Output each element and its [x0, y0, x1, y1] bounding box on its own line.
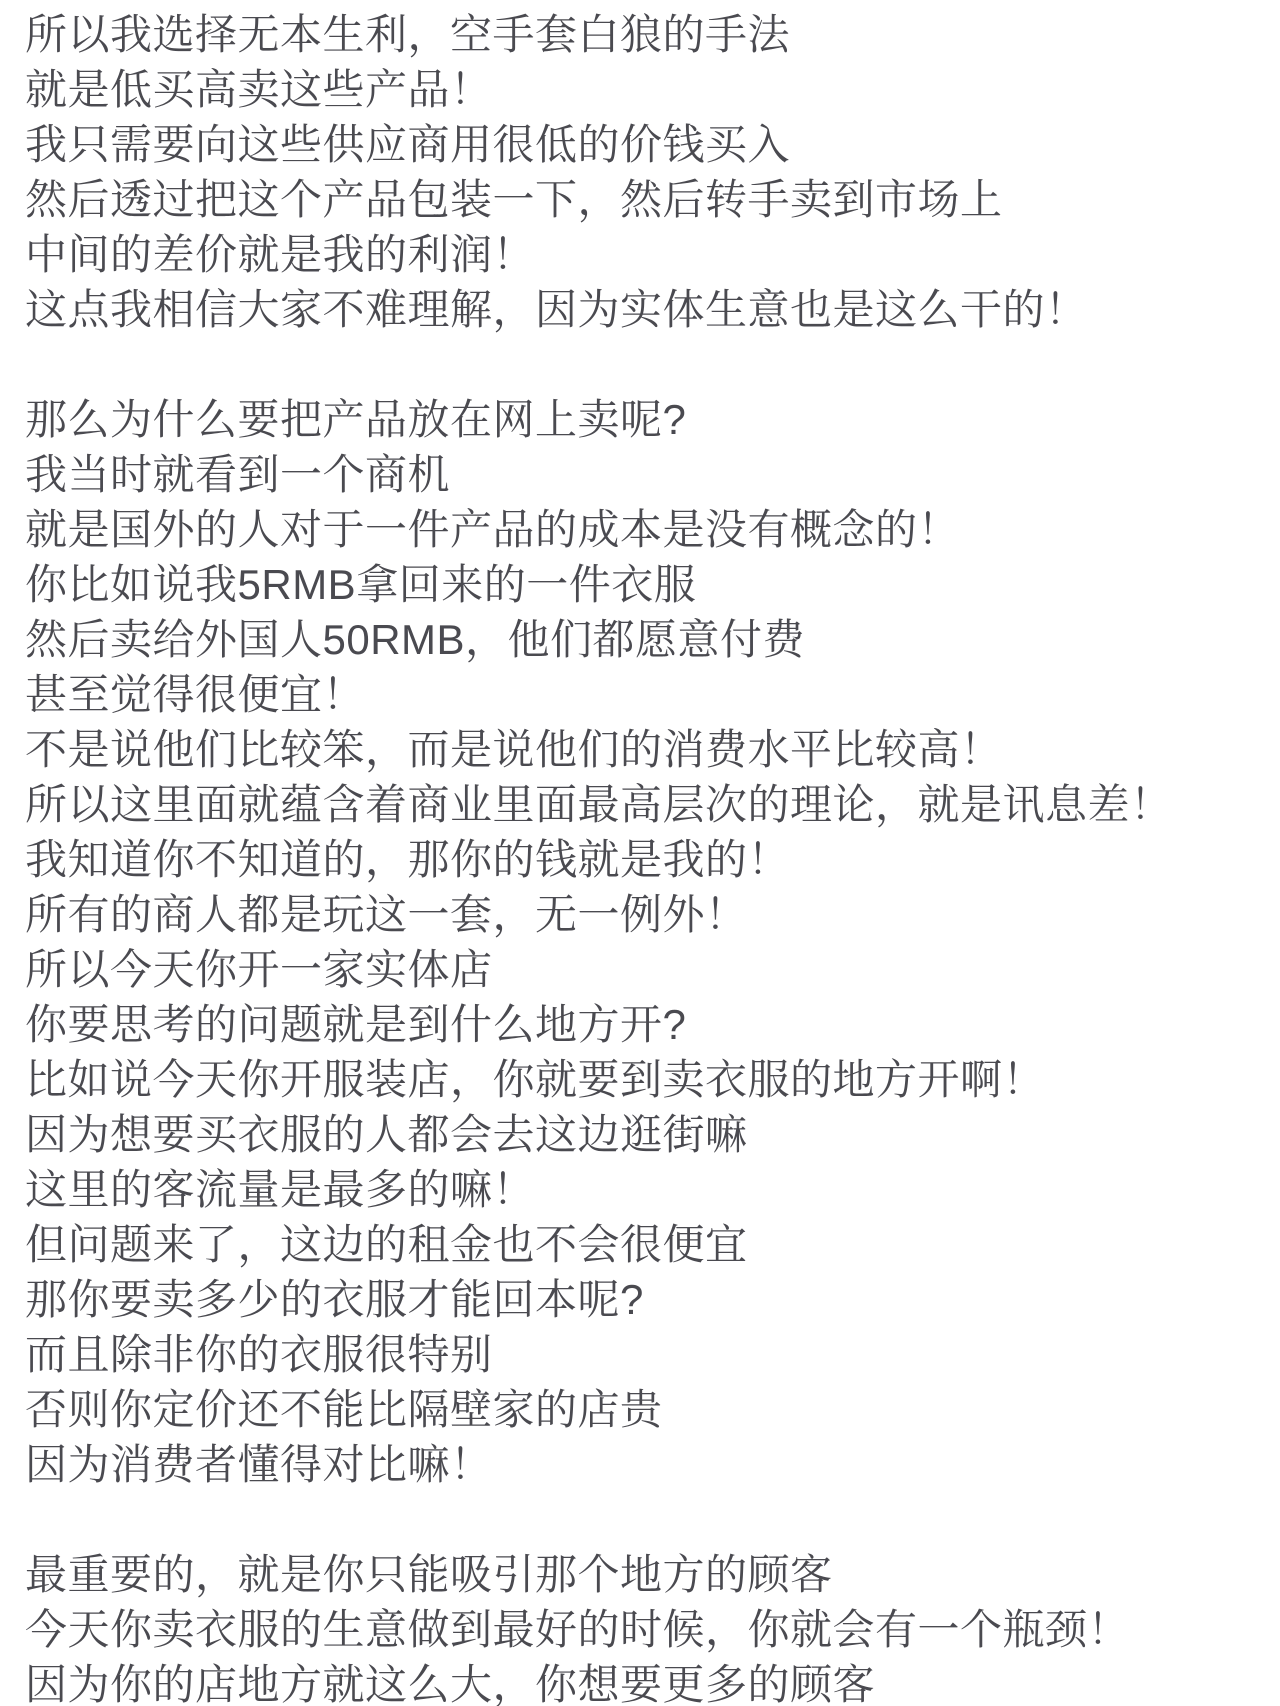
text-line: 就是国外的人对于一件产品的成本是没有概念的！: [25, 502, 1272, 557]
text-line: 不是说他们比较笨，而是说他们的消费水平比较高！: [25, 722, 1272, 777]
text-line: 最重要的，就是你只能吸引那个地方的顾客: [25, 1547, 1272, 1602]
text-line: 你比如说我5RMB拿回来的一件衣服: [25, 557, 1272, 612]
text-line: 那么为什么要把产品放在网上卖呢?: [25, 392, 1272, 447]
text-line: 今天你卖衣服的生意做到最好的时候，你就会有一个瓶颈！: [25, 1602, 1272, 1657]
text-line: 所有的商人都是玩这一套，无一例外！: [25, 887, 1272, 942]
text-line: 因为消费者懂得对比嘛！: [25, 1437, 1272, 1492]
text-line: 我当时就看到一个商机: [25, 447, 1272, 502]
text-line: 那你要卖多少的衣服才能回本呢?: [25, 1272, 1272, 1327]
text-line: 然后透过把这个产品包装一下，然后转手卖到市场上: [25, 172, 1272, 227]
text-line: 因为你的店地方就这么大，你想要更多的顾客: [25, 1657, 1272, 1706]
text-line: 但问题来了，这边的租金也不会很便宜: [25, 1217, 1272, 1272]
text-line: 然后卖给外国人50RMB，他们都愿意付费: [25, 612, 1272, 667]
text-line: 因为想要买衣服的人都会去这边逛街嘛: [25, 1107, 1272, 1162]
blank-line: [25, 337, 1272, 392]
text-line: 这点我相信大家不难理解，因为实体生意也是这么干的！: [25, 282, 1272, 337]
text-line: 而且除非你的衣服很特别: [25, 1327, 1272, 1382]
text-line: 所以我选择无本生利，空手套白狼的手法: [25, 7, 1272, 62]
text-line: 我只需要向这些供应商用很低的价钱买入: [25, 117, 1272, 172]
text-line: 你要思考的问题就是到什么地方开?: [25, 997, 1272, 1052]
text-line: 甚至觉得很便宜！: [25, 667, 1272, 722]
text-line: 否则你定价还不能比隔壁家的店贵: [25, 1382, 1272, 1437]
text-line: 比如说今天你开服装店，你就要到卖衣服的地方开啊！: [25, 1052, 1272, 1107]
text-line: 所以今天你开一家实体店: [25, 942, 1272, 997]
text-line: 我知道你不知道的，那你的钱就是我的！: [25, 832, 1272, 887]
text-line: 中间的差价就是我的利润！: [25, 227, 1272, 282]
text-line: 就是低买高卖这些产品！: [25, 62, 1272, 117]
blank-line: [25, 1492, 1272, 1547]
text-line: 所以这里面就蕴含着商业里面最高层次的理论，就是讯息差！: [25, 777, 1272, 832]
text-line: 这里的客流量是最多的嘛！: [25, 1162, 1272, 1217]
transcript-text: 所以我选择无本生利，空手套白狼的手法 就是低买高卖这些产品！ 我只需要向这些供应…: [0, 0, 1280, 1706]
